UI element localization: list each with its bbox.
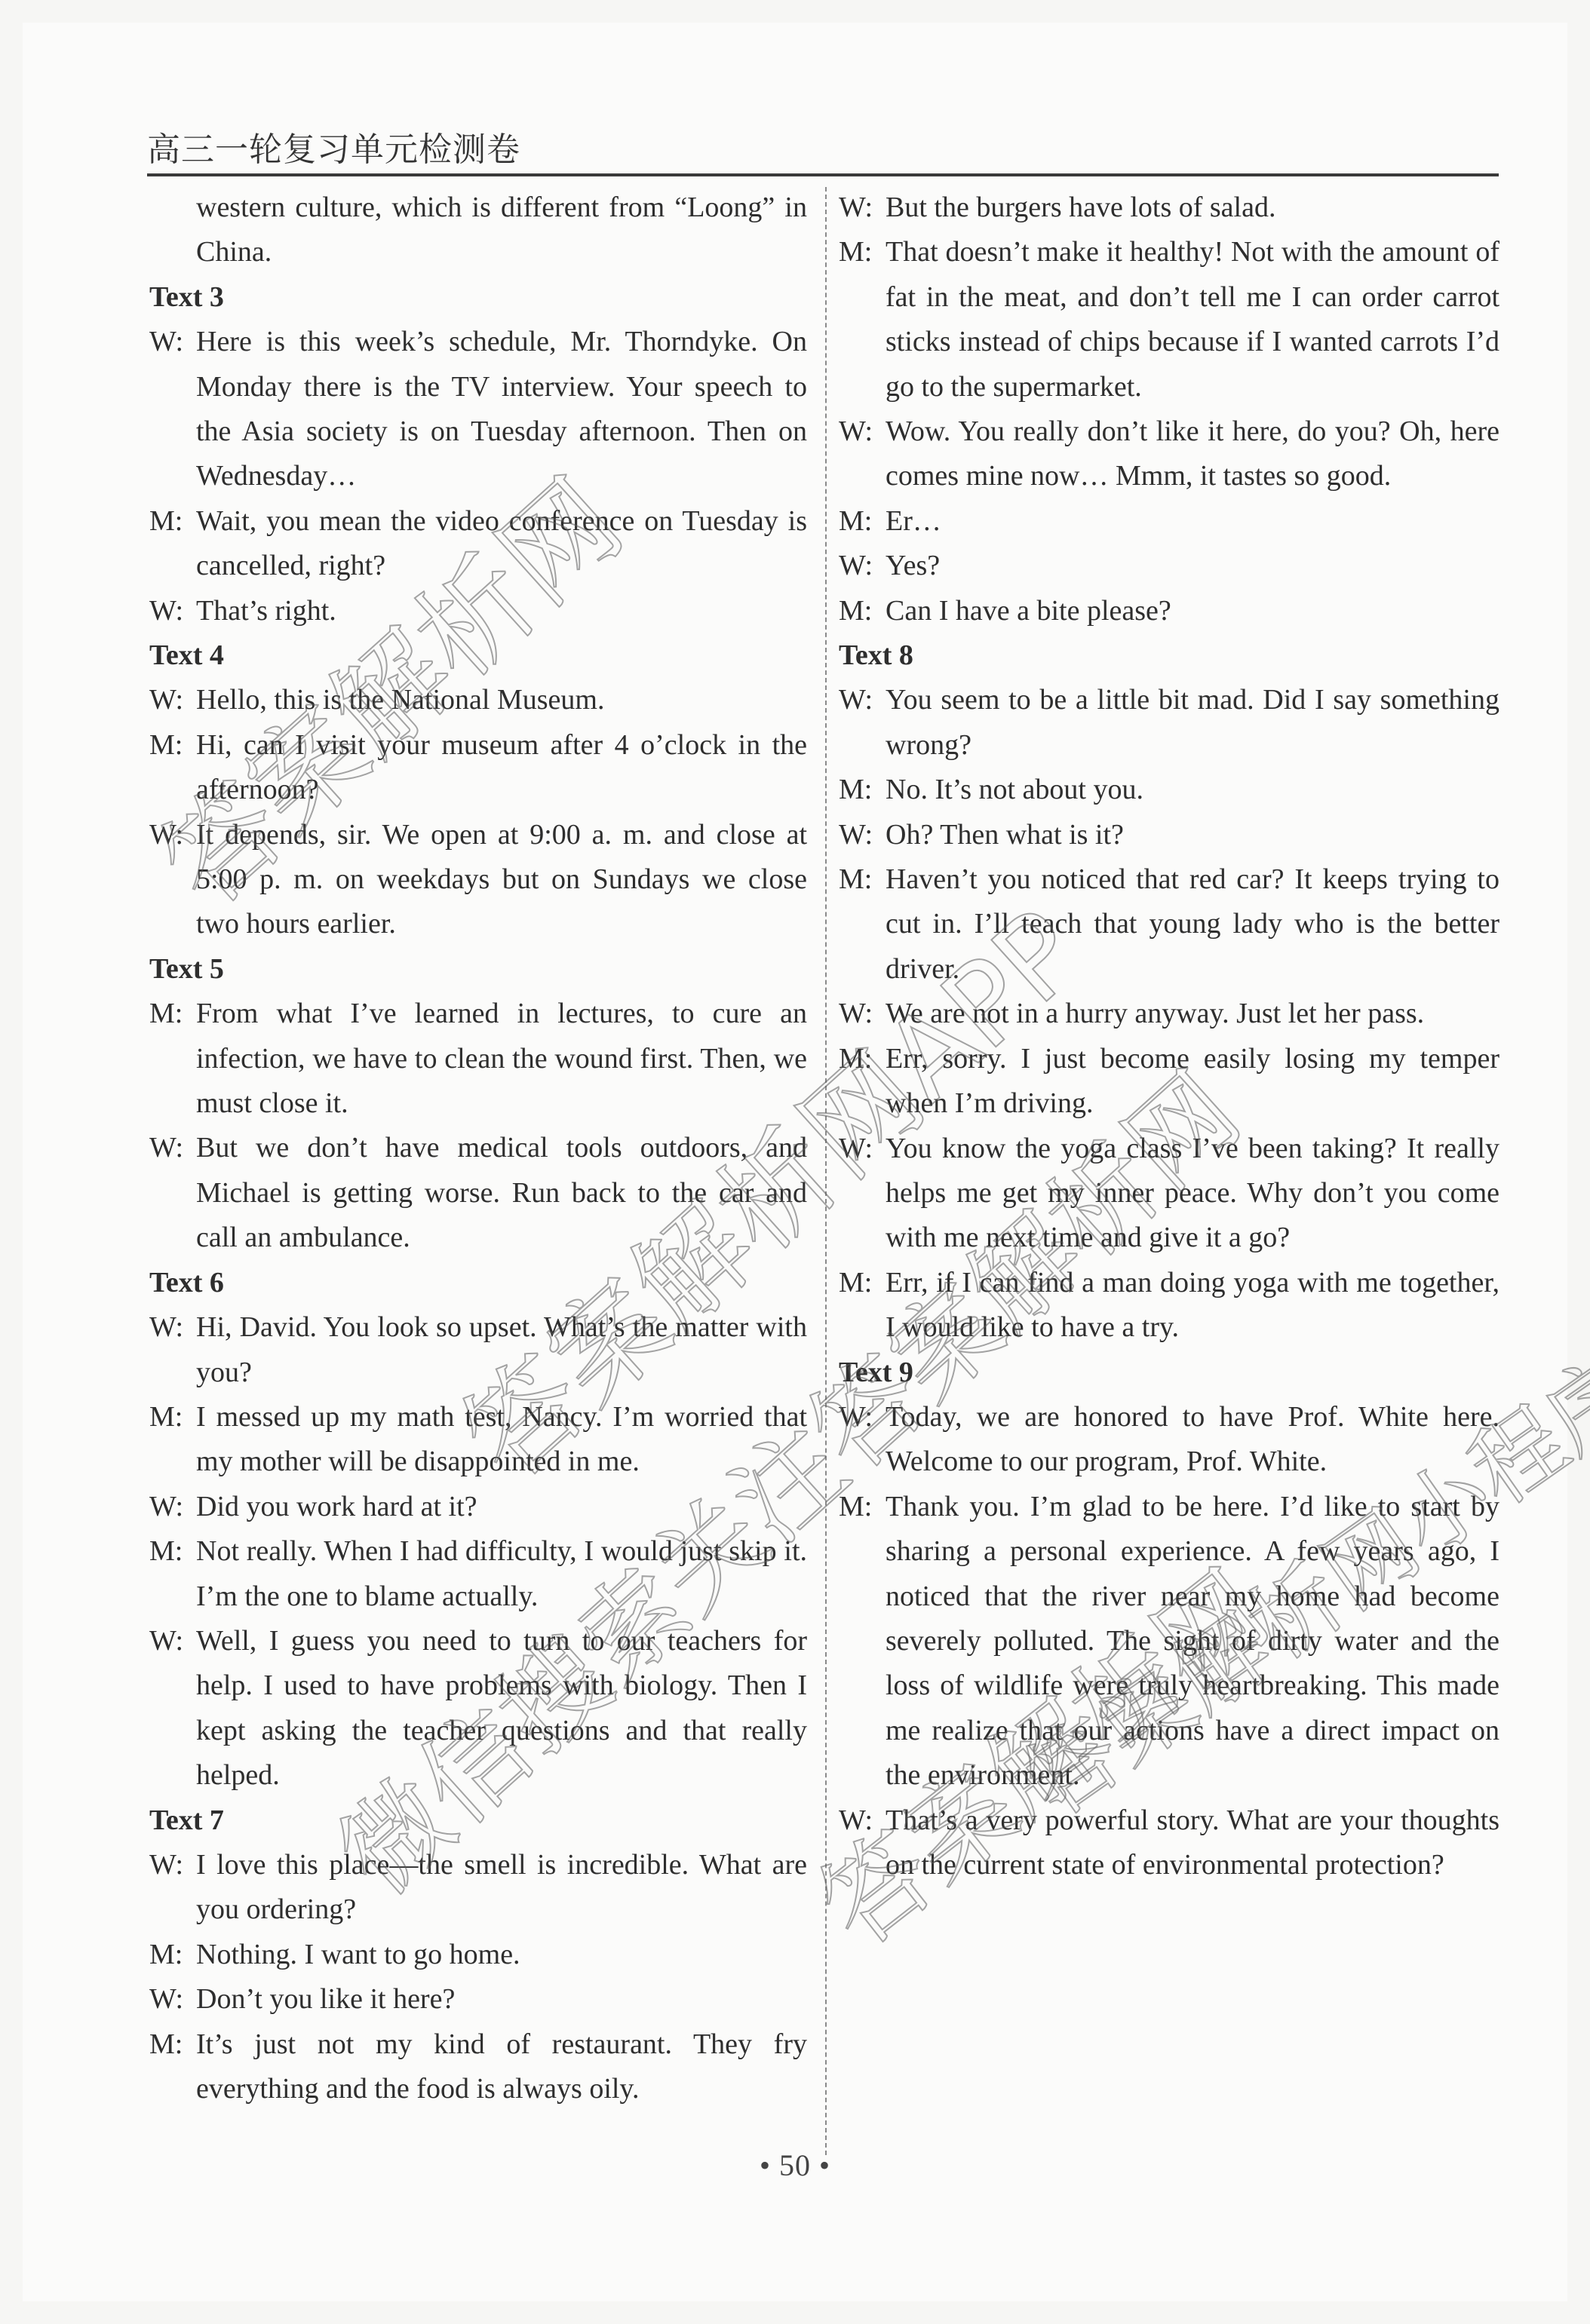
speaker-label: W: [149, 678, 196, 722]
utterance-text: Here is this week’s schedule, Mr. Thornd… [196, 320, 807, 499]
speaker-label: W: [839, 813, 886, 857]
text-section: Text 5M:From what I’ve learned in lectur… [149, 947, 807, 1261]
text-section: Text 7W:I love this place—the smell is i… [149, 1798, 807, 2112]
text-section: Text 8W:You seem to be a little bit mad.… [839, 633, 1499, 1350]
dialogue-turn: W:Hi, David. You look so upset. What’s t… [149, 1305, 807, 1395]
dialogue-turn: M:Er… [839, 499, 1499, 544]
dialogue-turn: W:That’s right. [149, 589, 807, 633]
utterance-text: Er… [886, 499, 1499, 544]
dialogue-turn: W:But we don’t have medical tools outdoo… [149, 1126, 807, 1260]
dialogue-turn: M:That doesn’t make it healthy! Not with… [839, 230, 1499, 409]
speaker-label: M: [839, 857, 886, 902]
speaker-label: M: [149, 1395, 196, 1439]
utterance-text: Yes? [886, 544, 1499, 588]
utterance-text: Wow. You really don’t like it here, do y… [886, 409, 1499, 499]
speaker-label: W: [149, 1843, 196, 1887]
dialogue-turn: W:Well, I guess you need to turn to our … [149, 1619, 807, 1798]
utterance-text: Oh? Then what is it? [886, 813, 1499, 857]
speaker-label: M: [149, 1933, 196, 1977]
utterance-text: Did you work hard at it? [196, 1485, 807, 1529]
utterance-text: That’s a very powerful story. What are y… [886, 1798, 1499, 1888]
speaker-label: M: [149, 2022, 196, 2067]
speaker-label: W: [839, 544, 886, 588]
speaker-label: W: [839, 992, 886, 1036]
utterance-text: Don’t you like it here? [196, 1977, 807, 2022]
section-title: Text 7 [149, 1798, 807, 1843]
dialogue-turn: W:You seem to be a little bit mad. Did I… [839, 678, 1499, 768]
speaker-label: W: [839, 1127, 886, 1171]
dialogue-turn: W:Today, we are honored to have Prof. Wh… [839, 1395, 1499, 1485]
speaker-label: W: [839, 1395, 886, 1439]
speaker-label: W: [149, 589, 196, 633]
dialogue-turn: W:Did you work hard at it? [149, 1485, 807, 1529]
speaker-label: M: [839, 1037, 886, 1081]
text-section: Text 3W:Here is this week’s schedule, Mr… [149, 275, 807, 633]
dialogue-turn: W:We are not in a hurry anyway. Just let… [839, 992, 1499, 1036]
utterance-text: It’s just not my kind of restaurant. The… [196, 2022, 807, 2112]
dialogue-turn: M:Wait, you mean the video conference on… [149, 499, 807, 589]
speaker-label: M: [149, 723, 196, 768]
dialogue-turn: M:Can I have a bite please? [839, 589, 1499, 633]
speaker-label: W: [149, 320, 196, 364]
dialogue-turn: M:From what I’ve learned in lectures, to… [149, 992, 807, 1126]
utterance-text: That’s right. [196, 589, 807, 633]
page-header: 高三一轮复习单元检测卷 [147, 121, 1499, 176]
dialogue-turn: W:But the burgers have lots of salad. [839, 185, 1499, 230]
right-sections: Text 8W:You seem to be a little bit mad.… [839, 633, 1499, 1887]
utterance-text: We are not in a hurry anyway. Just let h… [886, 992, 1499, 1036]
dialogue-turn: W:Hello, this is the National Museum. [149, 678, 807, 722]
speaker-label: M: [839, 1261, 886, 1305]
section-title: Text 9 [839, 1351, 1499, 1395]
speaker-label: W: [149, 1305, 196, 1350]
speaker-label: M: [839, 230, 886, 274]
utterance-text: Well, I guess you need to turn to our te… [196, 1619, 807, 1798]
dialogue-turn: M:Err, if I can find a man doing yoga wi… [839, 1261, 1499, 1351]
utterance-text: Today, we are honored to have Prof. Whit… [886, 1395, 1499, 1485]
utterance-text: No. It’s not about you. [886, 768, 1499, 812]
utterance-text: But we don’t have medical tools outdoors… [196, 1126, 807, 1260]
utterance-text: Can I have a bite please? [886, 589, 1499, 633]
text-section: Text 6W:Hi, David. You look so upset. Wh… [149, 1261, 807, 1798]
utterance-text: You seem to be a little bit mad. Did I s… [886, 678, 1499, 768]
utterance-text: That doesn’t make it healthy! Not with t… [886, 230, 1499, 409]
speaker-label: M: [839, 589, 886, 633]
dialogue-turn: M:No. It’s not about you. [839, 768, 1499, 812]
dialogue-turn: W:Oh? Then what is it? [839, 813, 1499, 857]
page-number: • 50 • [0, 2148, 1590, 2183]
section-title: Text 6 [149, 1261, 807, 1305]
utterance-text: From what I’ve learned in lectures, to c… [196, 992, 807, 1126]
speaker-label: M: [149, 499, 196, 544]
section-title: Text 8 [839, 633, 1499, 678]
utterance-text: Err, if I can find a man doing yoga with… [886, 1261, 1499, 1351]
dialogue-turn: W:I love this place—the smell is incredi… [149, 1843, 807, 1933]
utterance-text: I messed up my math test, Nancy. I’m wor… [196, 1395, 807, 1485]
speaker-label: M: [149, 992, 196, 1036]
dialogue-turn: M:It’s just not my kind of restaurant. T… [149, 2022, 807, 2112]
header-title: 高三一轮复习单元检测卷 [147, 122, 520, 170]
utterance-text: But the burgers have lots of salad. [886, 185, 1499, 230]
left-sections: Text 3W:Here is this week’s schedule, Mr… [149, 275, 807, 2112]
dialogue-turn: M:Err, sorry. I just become easily losin… [839, 1037, 1499, 1127]
right-continuation-dialogue: W:But the burgers have lots of salad.M:T… [839, 185, 1499, 633]
dialogue-turn: M:Not really. When I had difficulty, I w… [149, 1529, 807, 1619]
dialogue-turn: M:Hi, can I visit your museum after 4 o’… [149, 723, 807, 813]
speaker-label: W: [839, 678, 886, 722]
dialogue-turn: W:Wow. You really don’t like it here, do… [839, 409, 1499, 499]
left-column: western culture, which is different from… [149, 185, 807, 2111]
dialogue-turn: M:I messed up my math test, Nancy. I’m w… [149, 1395, 807, 1485]
dialogue-turn: W:That’s a very powerful story. What are… [839, 1798, 1499, 1888]
dialogue-turn: M:Nothing. I want to go home. [149, 1933, 807, 1977]
utterance-text: Thank you. I’m glad to be here. I’d like… [886, 1485, 1499, 1798]
dialogue-turn: W:Don’t you like it here? [149, 1977, 807, 2022]
text-section: Text 9W:Today, we are honored to have Pr… [839, 1351, 1499, 1888]
speaker-label: W: [149, 813, 196, 857]
dialogue-turn: M:Thank you. I’m glad to be here. I’d li… [839, 1485, 1499, 1798]
utterance-text: Hi, can I visit your museum after 4 o’cl… [196, 723, 807, 813]
utterance-text: You know the yoga class I’ve been taking… [886, 1127, 1499, 1261]
speaker-label: W: [839, 409, 886, 454]
speaker-label: W: [149, 1977, 196, 2022]
section-title: Text 5 [149, 947, 807, 992]
continuation-text: western culture, which is different from… [149, 185, 807, 275]
text-section: Text 4W:Hello, this is the National Muse… [149, 633, 807, 947]
speaker-label: W: [839, 1798, 886, 1843]
column-divider [825, 187, 827, 2155]
section-title: Text 3 [149, 275, 807, 320]
utterance-text: Not really. When I had difficulty, I wou… [196, 1529, 807, 1619]
speaker-label: W: [149, 1619, 196, 1663]
utterance-text: Nothing. I want to go home. [196, 1933, 807, 1977]
utterance-text: It depends, sir. We open at 9:00 a. m. a… [196, 813, 807, 947]
section-title: Text 4 [149, 633, 807, 678]
utterance-text: Hello, this is the National Museum. [196, 678, 807, 722]
dialogue-turn: W:You know the yoga class I’ve been taki… [839, 1127, 1499, 1261]
dialogue-turn: W:Here is this week’s schedule, Mr. Thor… [149, 320, 807, 499]
speaker-label: W: [839, 185, 886, 230]
dialogue-turn: W:Yes? [839, 544, 1499, 588]
utterance-text: Haven’t you noticed that red car? It kee… [886, 857, 1499, 992]
right-column: W:But the burgers have lots of salad.M:T… [839, 185, 1499, 1887]
dialogue-turn: M:Haven’t you noticed that red car? It k… [839, 857, 1499, 992]
speaker-label: M: [839, 1485, 886, 1529]
utterance-text: I love this place—the smell is incredibl… [196, 1843, 807, 1933]
speaker-label: M: [839, 499, 886, 544]
speaker-label: M: [149, 1529, 196, 1574]
utterance-text: Hi, David. You look so upset. What’s the… [196, 1305, 807, 1395]
dialogue-turn: W:It depends, sir. We open at 9:00 a. m.… [149, 813, 807, 947]
utterance-text: Wait, you mean the video conference on T… [196, 499, 807, 589]
utterance-text: Err, sorry. I just become easily losing … [886, 1037, 1499, 1127]
speaker-label: M: [839, 768, 886, 812]
speaker-label: W: [149, 1126, 196, 1170]
speaker-label: W: [149, 1485, 196, 1529]
